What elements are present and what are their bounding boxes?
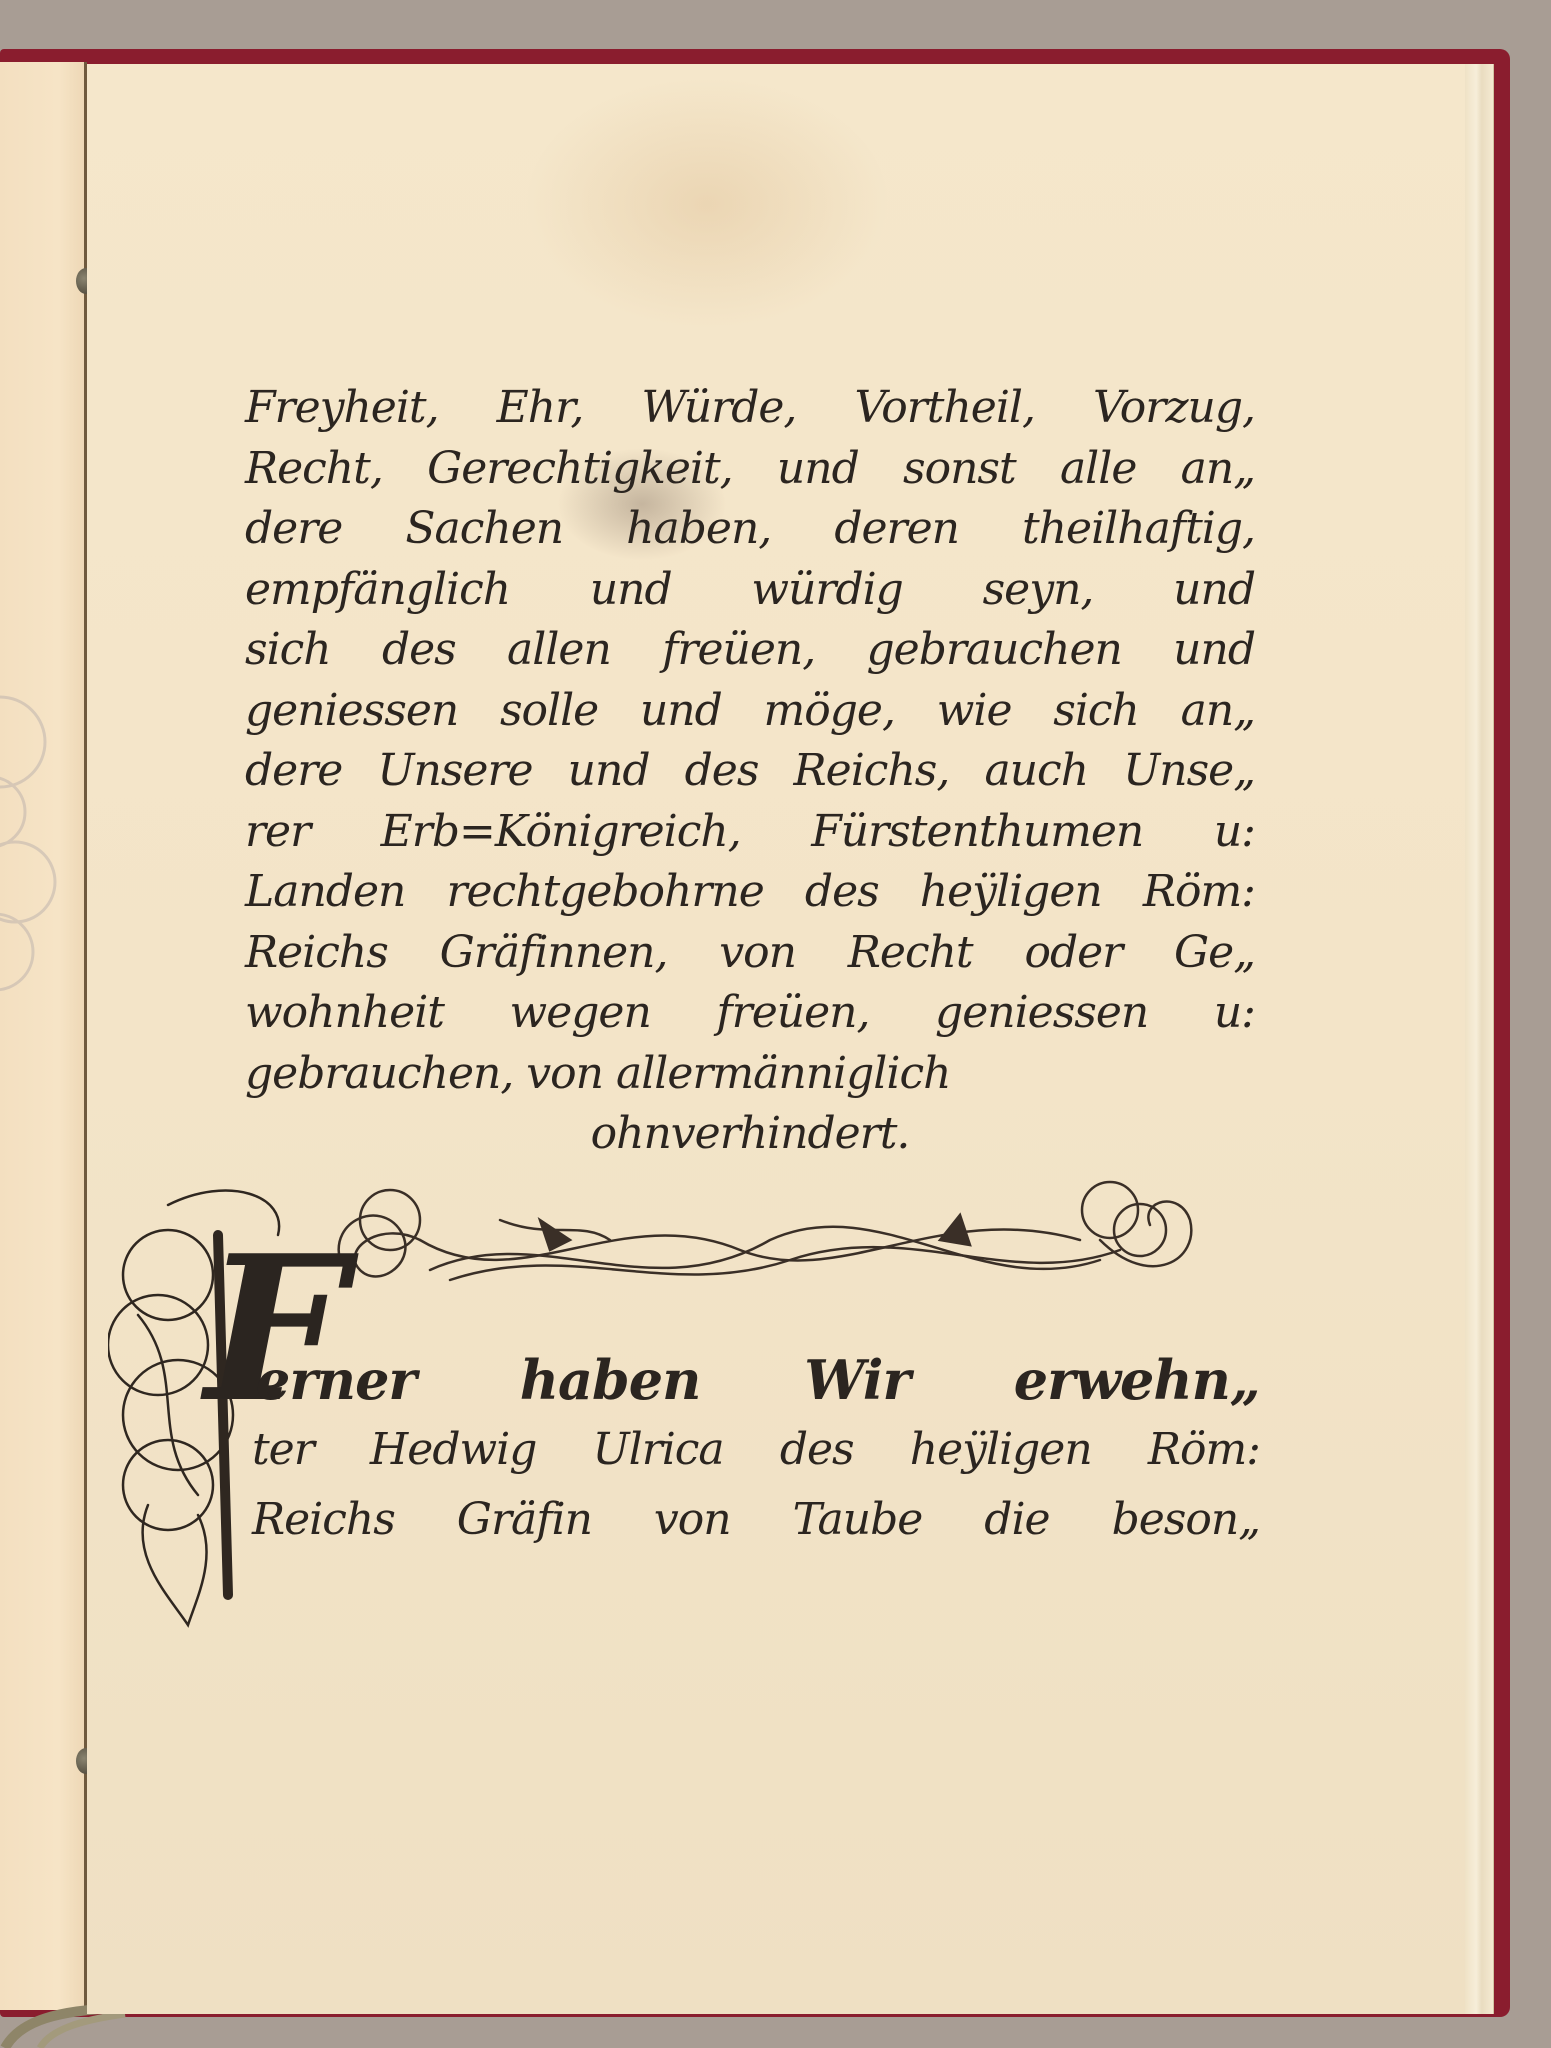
text-line: erner haben Wir erwehn„ (250, 1345, 1260, 1415)
text-line: wohnheit wegen freüen, geniessen u: (245, 983, 1255, 1044)
page-edges (1465, 64, 1494, 2014)
text-line: empfänglich und würdig seyn, und (245, 560, 1255, 621)
show-through-flourish (0, 652, 70, 1032)
text-line: Landen rechtgebohrne des heÿligen Röm: (245, 862, 1255, 923)
paragraph-1: Freyheit, Ehr, Würde, Vortheil, Vorzug, … (245, 378, 1255, 1165)
left-page (0, 62, 84, 2010)
text-line: ter Hedwig Ulrica des heÿligen Röm: (250, 1415, 1260, 1485)
text-line: Recht, Gerechtigkeit, und sonst alle an„ (245, 439, 1255, 500)
closing-line: ohnverhindert. (245, 1104, 1255, 1165)
text-line: geniessen solle und möge, wie sich an„ (245, 681, 1255, 742)
text-line: rer Erb=Königreich, Fürstenthumen u: (245, 802, 1255, 863)
paragraph-2: erner haben Wir erwehn„ ter Hedwig Ulric… (250, 1345, 1260, 1555)
calligraphic-flourish-divider (320, 1180, 1220, 1320)
text-line: dere Unsere und des Reichs, auch Unse„ (245, 741, 1255, 802)
text-line: Reichs Gräfinnen, von Recht oder Ge„ (245, 923, 1255, 984)
text-line: sich des allen freüen, gebrauchen und (245, 620, 1255, 681)
text-line: dere Sachen haben, deren theilhaftig, (245, 499, 1255, 560)
text-line: gebrauchen, von allermänniglich (245, 1044, 1175, 1105)
text-line: Freyheit, Ehr, Würde, Vortheil, Vorzug, (245, 378, 1255, 439)
text-line: Reichs Gräfin von Taube die beson„ (250, 1485, 1260, 1555)
